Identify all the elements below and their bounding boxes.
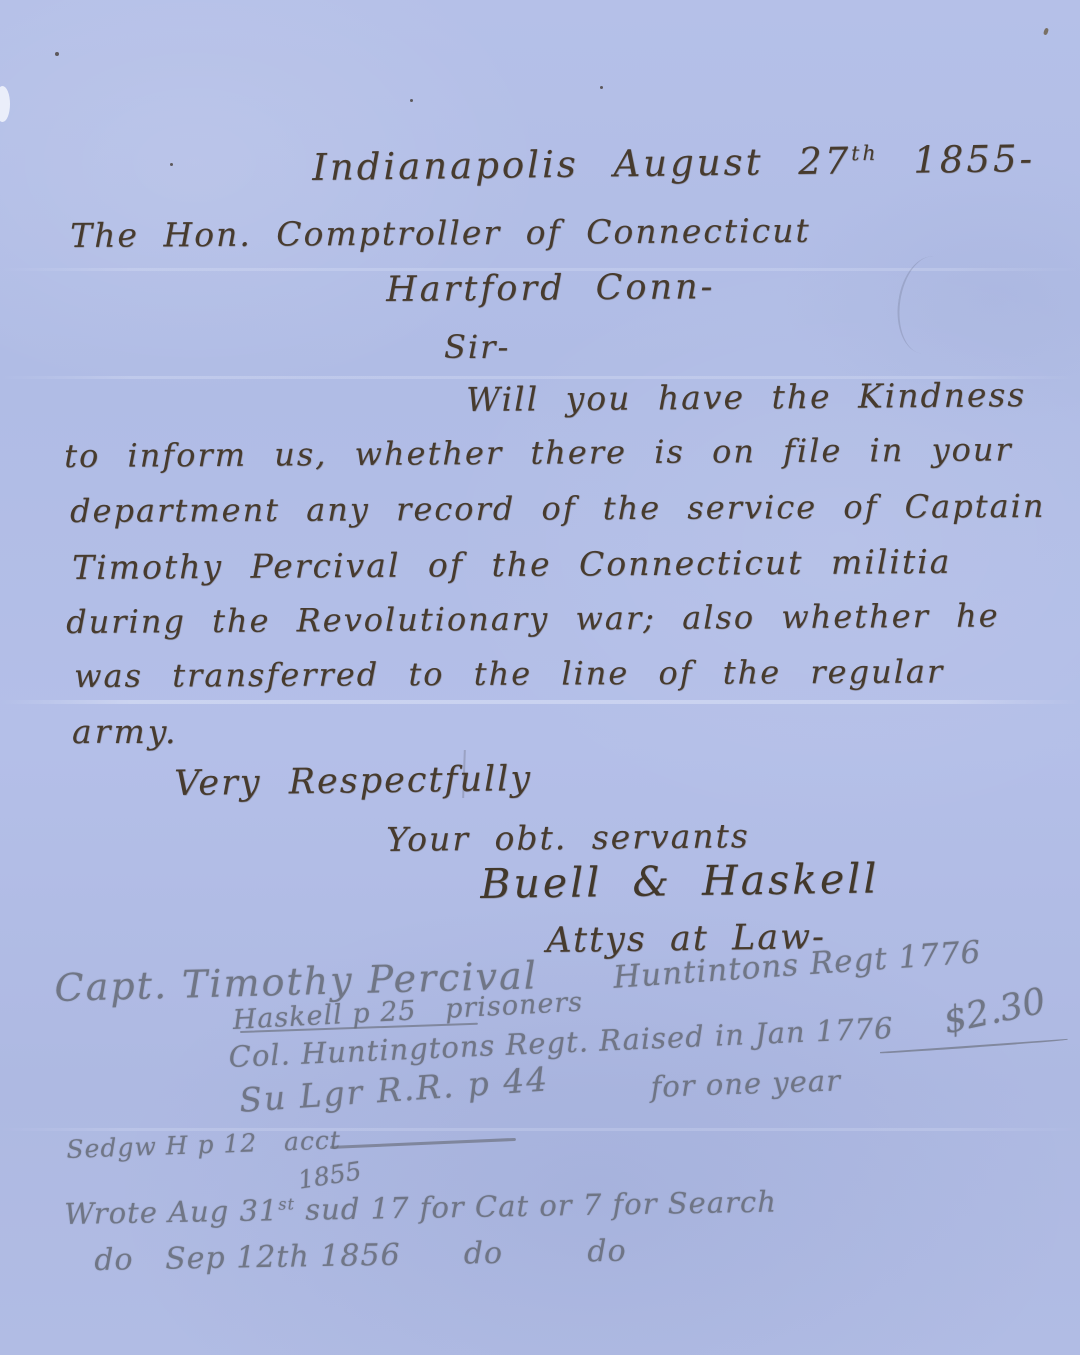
ink-speck [600,86,603,89]
paper-blemish [0,86,10,122]
annotation-for-one-year: for one year [650,1063,842,1104]
body-line: to inform us, whether there is on file i… [64,430,1013,475]
salutation: Sir- [444,328,510,366]
fold-crease [0,1128,1080,1131]
ink-speck [1043,28,1049,36]
recipient-line: The Hon. Comptroller of Connecticut [70,211,811,255]
dateline-text: Indianapolis August 27 [312,139,852,189]
pencil-underline [330,1138,516,1149]
ink-speck [410,99,413,102]
body-line: army. [72,712,179,751]
body-line: Timothy Percival of the Connecticut mili… [72,542,952,587]
ink-speck [55,52,59,56]
wrote-rest: sud 17 for Cat or 7 for Search [295,1185,777,1227]
wrote-date: Wrote Aug 31 [64,1193,279,1231]
dateline: Indianapolis August 27th 1855- [312,137,1035,189]
closing-line: Your obt. servants [386,816,750,859]
dateline-ordinal: th [851,141,879,165]
pencil-dash [880,1039,1068,1054]
annotation-ditto-line: do Sep 12th 1856 do do [94,1234,627,1278]
fold-crease [0,700,1080,704]
body-line: Will you have the Kindness [466,375,1026,419]
body-line: department any record of the service of … [70,487,1046,530]
closing-line: Very Respectfully [174,759,532,804]
recipient-city-line: Hartford Conn- [386,267,716,310]
annotation-year-superscript: 1855 [296,1156,363,1195]
letter-page: Indianapolis August 27th 1855- The Hon. … [0,0,1080,1355]
annotation-wrote-line: Wrote Aug 31st sud 17 for Cat or 7 for S… [64,1185,777,1231]
signature: Buell & Haskell [480,854,880,908]
annotation-sedgwick-reference: Sedgw H p 12 acct [66,1125,341,1164]
dateline-year: 1855- [878,137,1035,182]
ink-speck [170,163,173,166]
body-line: during the Revolutionary war; also wheth… [66,596,1000,641]
wrote-ordinal: st [278,1194,295,1213]
body-line: was transferred to the line of the regul… [74,652,944,695]
annotation-amount: $2.30 [940,981,1049,1043]
